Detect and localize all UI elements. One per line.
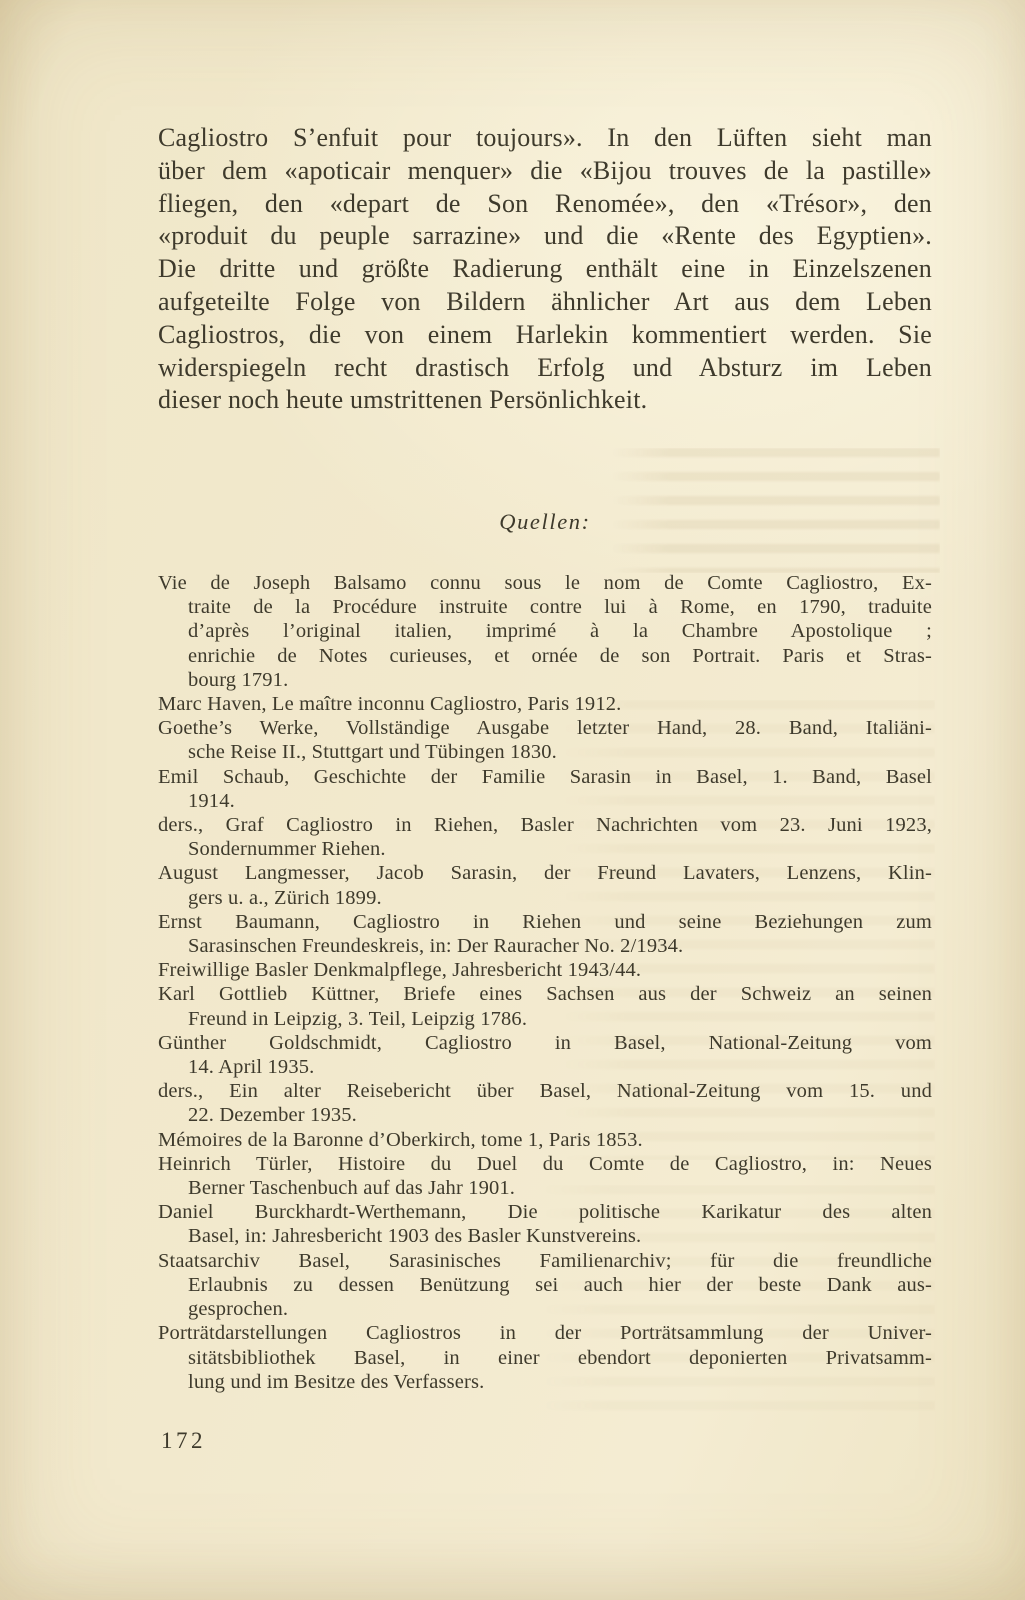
source-entry-line: Sondernummer Riehen. [158, 837, 932, 861]
paragraph-line: fliegen, den «depart de Son Renomée», de… [158, 188, 932, 221]
body-paragraph: Cagliostro S’enfuit pour toujours». In d… [158, 122, 932, 417]
source-entry-line: Karl Gottlieb Küttner, Briefe eines Sach… [158, 982, 932, 1006]
book-page: Cagliostro S’enfuit pour toujours». In d… [0, 0, 1025, 1600]
source-entry-line: Berner Taschenbuch auf das Jahr 1901. [158, 1176, 932, 1200]
source-entry: Goethe’s Werke, Vollständige Ausgabe let… [158, 716, 932, 764]
source-entry-line: Porträtdarstellungen Cagliostros in der … [158, 1321, 932, 1345]
source-entry: Karl Gottlieb Küttner, Briefe eines Sach… [158, 982, 932, 1030]
source-entry-line: sitätsbibliothek Basel, in einer ebendor… [158, 1346, 932, 1370]
paragraph-line: aufgeteilte Folge von Bildern ähnlicher … [158, 286, 932, 319]
source-entry-line: Günther Goldschmidt, Cagliostro in Basel… [158, 1031, 932, 1055]
source-entry-line: Sarasinschen Freundeskreis, in: Der Raur… [158, 934, 932, 958]
source-entry-line: Goethe’s Werke, Vollständige Ausgabe let… [158, 716, 932, 740]
source-entry-line: Marc Haven, Le maître inconnu Cagliostro… [158, 692, 932, 716]
source-entry: ders., Graf Cagliostro in Riehen, Basler… [158, 813, 932, 861]
source-entry: Heinrich Türler, Histoire du Duel du Com… [158, 1152, 932, 1200]
source-entry-line: 22. Dezember 1935. [158, 1103, 932, 1127]
paragraph-line: Cagliostro S’enfuit pour toujours». In d… [158, 122, 932, 155]
source-entry: Marc Haven, Le maître inconnu Cagliostro… [158, 692, 932, 716]
source-entry: Mémoires de la Baronne d’Oberkirch, tome… [158, 1128, 932, 1152]
source-entry-line: Erlaubnis zu dessen Benützung sei auch h… [158, 1273, 932, 1297]
source-entry-line: Basel, in: Jahresbericht 1903 des Basler… [158, 1224, 932, 1248]
source-entry-line: Staatsarchiv Basel, Sarasinisches Famili… [158, 1249, 932, 1273]
source-entry: Staatsarchiv Basel, Sarasinisches Famili… [158, 1249, 932, 1322]
source-entry-line: traite de la Procédure instruite contre … [158, 595, 932, 619]
source-entry-line: ders., Graf Cagliostro in Riehen, Basler… [158, 813, 932, 837]
source-entry-line: Ernst Baumann, Cagliostro in Riehen und … [158, 910, 932, 934]
source-entry-line: 14. April 1935. [158, 1055, 932, 1079]
paragraph-line: «produit du peuple sarrazine» und die «R… [158, 220, 932, 253]
paragraph-line: über dem «apoticair menquer» die «Bijou … [158, 155, 932, 188]
source-entry: ders., Ein alter Reisebericht über Basel… [158, 1079, 932, 1127]
source-entry: Günther Goldschmidt, Cagliostro in Basel… [158, 1031, 932, 1079]
sources-heading: Quellen: [158, 509, 932, 535]
source-entry: Porträtdarstellungen Cagliostros in der … [158, 1321, 932, 1394]
source-entry-line: Daniel Burckhardt-Werthemann, Die politi… [158, 1200, 932, 1224]
paragraph-line: Cagliostros, die von einem Harlekin komm… [158, 319, 932, 352]
source-entry: Ernst Baumann, Cagliostro in Riehen und … [158, 910, 932, 958]
source-entry: Vie de Joseph Balsamo connu sous le nom … [158, 571, 932, 692]
source-entry-line: Emil Schaub, Geschichte der Familie Sara… [158, 765, 932, 789]
source-entry-line: bourg 1791. [158, 668, 932, 692]
paragraph-line: Die dritte und größte Radierung enthält … [158, 253, 932, 286]
source-entry: Daniel Burckhardt-Werthemann, Die politi… [158, 1200, 932, 1248]
source-entry-line: Freiwillige Basler Denkmalpflege, Jahres… [158, 958, 932, 982]
source-entry-line: sche Reise II., Stuttgart und Tübingen 1… [158, 740, 932, 764]
source-entry: Emil Schaub, Geschichte der Familie Sara… [158, 765, 932, 813]
source-entry-line: enrichie de Notes curieuses, et ornée de… [158, 644, 932, 668]
source-entry-line: Mémoires de la Baronne d’Oberkirch, tome… [158, 1128, 932, 1152]
source-entry: Freiwillige Basler Denkmalpflege, Jahres… [158, 958, 932, 982]
source-entry-line: 1914. [158, 789, 932, 813]
source-entry: August Langmesser, Jacob Sarasin, der Fr… [158, 861, 932, 909]
source-entry-line: Freund in Leipzig, 3. Teil, Leipzig 1786… [158, 1007, 932, 1031]
source-entry-line: ders., Ein alter Reisebericht über Basel… [158, 1079, 932, 1103]
source-entry-line: d’après l’original italien, imprimé à la… [158, 619, 932, 643]
page-number: 172 [161, 1428, 206, 1454]
source-entry-line: Heinrich Türler, Histoire du Duel du Com… [158, 1152, 932, 1176]
source-entry-line: August Langmesser, Jacob Sarasin, der Fr… [158, 861, 932, 885]
source-entry-line: lung und im Besitze des Verfassers. [158, 1370, 932, 1394]
paragraph-line: widerspiegeln recht drastisch Erfolg und… [158, 352, 932, 385]
source-entry-line: gers u. a., Zürich 1899. [158, 886, 932, 910]
paragraph-line: dieser noch heute umstrittenen Persönlic… [158, 384, 932, 417]
source-entry-line: gesprochen. [158, 1297, 932, 1321]
sources-list: Vie de Joseph Balsamo connu sous le nom … [158, 571, 932, 1394]
source-entry-line: Vie de Joseph Balsamo connu sous le nom … [158, 571, 932, 595]
